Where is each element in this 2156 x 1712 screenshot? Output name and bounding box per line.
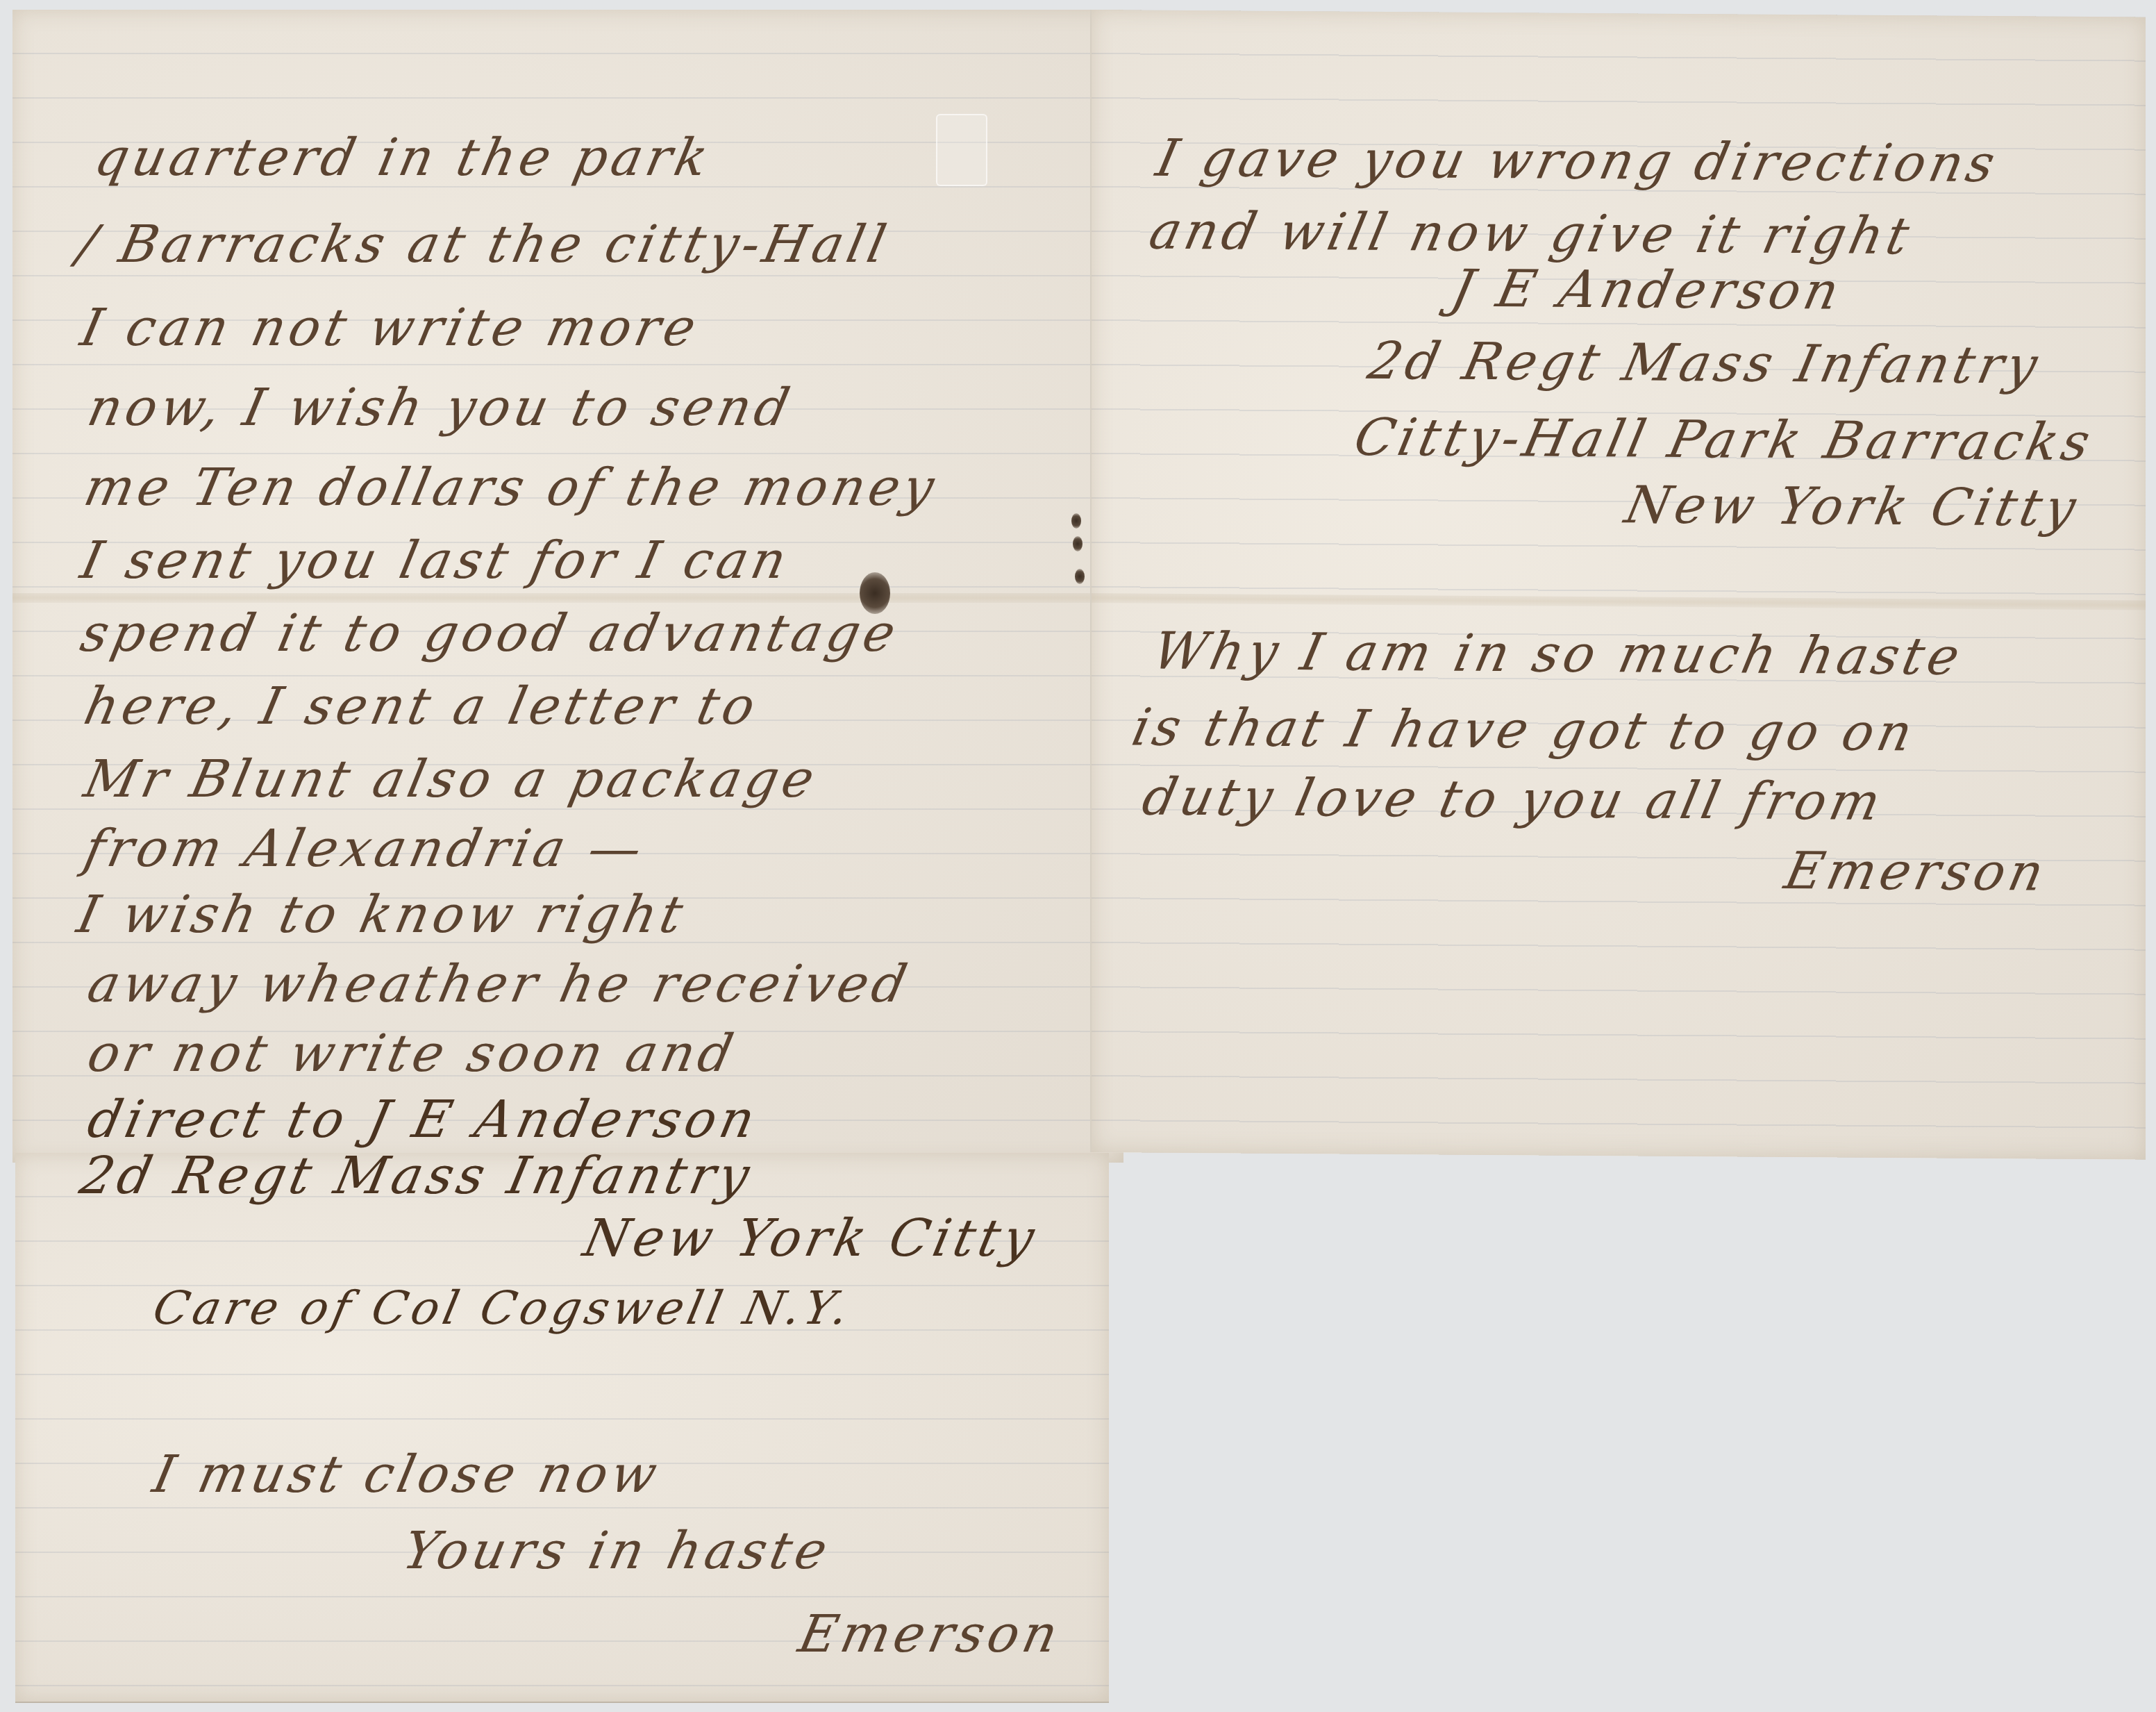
embossed-stamp xyxy=(936,114,987,186)
letter-page-right: I gave you wrong directions and will now… xyxy=(1090,10,2146,1160)
letter-line: duty love to you all from xyxy=(1137,767,1890,832)
letter-line: I can not write more xyxy=(76,298,705,358)
letter-line: me Ten dollars of the money xyxy=(79,458,944,517)
letter-line: Why I am in so much haste xyxy=(1148,622,1969,687)
letter-line: Citty-Hall Park Barracks xyxy=(1349,408,2099,472)
letter-line: and will now give it right xyxy=(1144,201,1919,267)
signature: Emerson xyxy=(794,1604,1067,1664)
fold-crease xyxy=(12,593,1123,603)
letter-line: here, I sent a letter to xyxy=(79,676,764,736)
letter-line: is that I have got to go on xyxy=(1127,697,1922,763)
letter-line: or not write soon and xyxy=(83,1024,742,1083)
letter-line: now, I wish you to send xyxy=(83,378,799,438)
letter-line: J E Anderson xyxy=(1446,259,1848,322)
letter-line: I gave you wrong directions xyxy=(1151,128,2004,194)
fold-crease xyxy=(1092,593,2146,610)
letter-line: direct to J E Anderson xyxy=(83,1090,764,1149)
letter-page-left: quarterd in the park / Barracks at the c… xyxy=(12,10,1123,1163)
letter-line: 2d Regt Mass Infantry xyxy=(75,1146,759,1206)
signature: Emerson xyxy=(1780,841,2053,902)
letter-line: Care of Col Cogswell N.Y. xyxy=(149,1281,858,1335)
letter-line: / Barracks at the citty-Hall xyxy=(72,215,895,274)
ink-dot xyxy=(1073,536,1083,551)
letter-line: I must close now xyxy=(148,1445,667,1504)
letter-page-left-lower: 2d Regt Mass Infantry New York Citty Car… xyxy=(15,1153,1109,1703)
letter-line: quarterd in the park xyxy=(90,128,717,188)
letter-line: Yours in haste xyxy=(398,1521,837,1581)
letter-line: I sent you last for I can xyxy=(76,531,796,590)
letter-line: New York Citty xyxy=(1620,475,2085,538)
letter-line: spend it to good advantage xyxy=(76,604,905,663)
ink-dot xyxy=(1075,569,1085,584)
letter-line: New York Citty xyxy=(578,1208,1044,1268)
ink-dot xyxy=(1071,513,1081,529)
letter-line: 2d Regt Mass Infantry xyxy=(1363,331,2047,396)
letter-line: away wheather he received xyxy=(83,954,916,1014)
letter-line: Mr Blunt also a package xyxy=(79,749,824,809)
letter-line: I wish to know right xyxy=(72,885,692,945)
letter-line: from Alexandria — xyxy=(79,819,651,879)
